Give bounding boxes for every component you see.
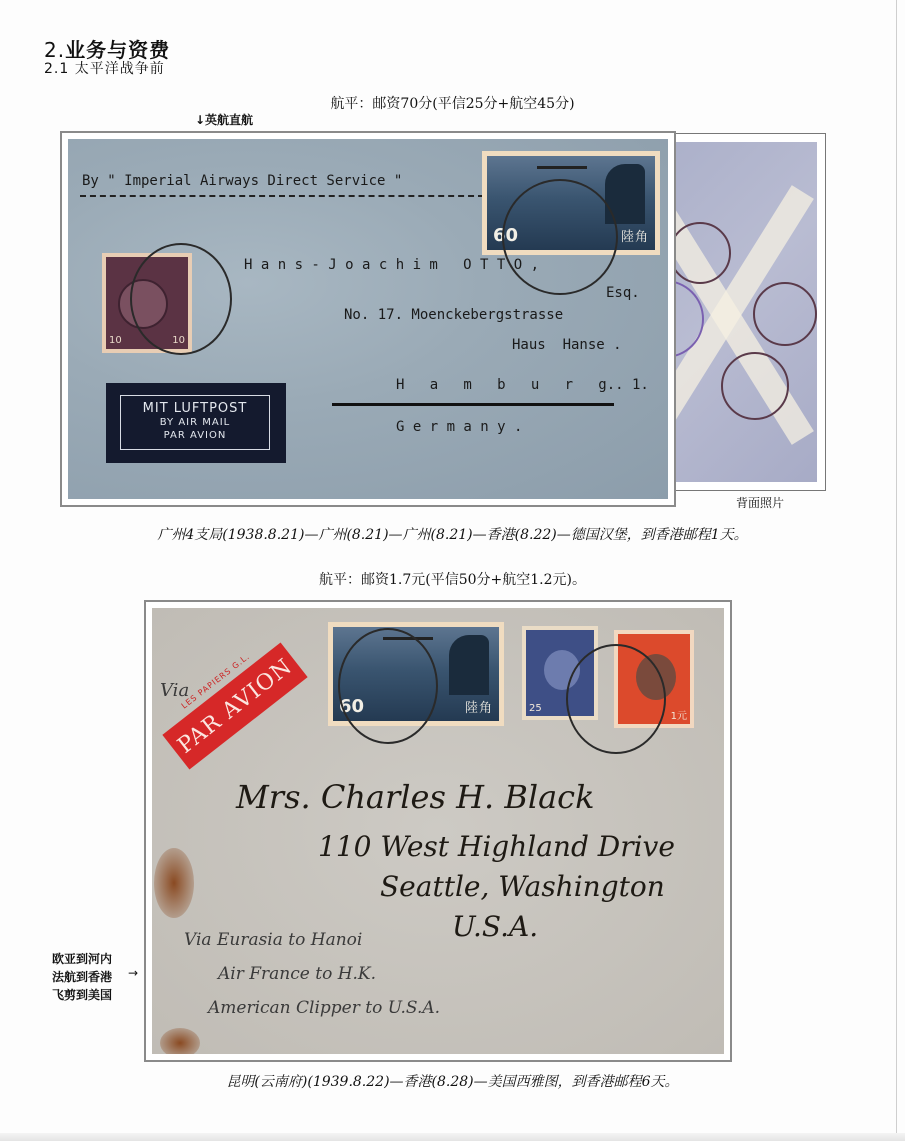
airplane-image [537,166,587,169]
airmail-label-line-3: PAR AVION [121,429,269,442]
cover1-route-note: ↓英航直航 [195,111,253,128]
via-handwritten: Via [160,680,189,701]
address-line-5: H a m b u r g.. 1. [396,377,649,393]
cover2-envelope: LES PAPIERS G.L. PAR AVION Via 60 陸角 25 … [152,608,724,1054]
stamp-value: 10 [109,335,122,346]
stamp-value: 25 [529,703,542,714]
stamp-denomination: 陸角 [621,226,649,245]
stamp-denomination: 陸角 [465,697,493,716]
postmark-canton-front [502,179,618,295]
airmail-label-line-2: BY AIR MAIL [121,416,269,429]
great-wall-image [449,635,489,695]
arrow-right-icon: → [128,966,138,980]
dashed-rule [80,195,484,197]
airmail-label-line-1: MIT LUFTPOST [121,401,269,416]
postmark-canton [753,282,817,346]
address-line-4: Haus Hanse . [512,337,622,353]
cover1-rate-caption: 航平：邮资70分(平信25分+航空45分) [0,93,905,113]
airmail-label: MIT LUFTPOST BY AIR MAIL PAR AVION [106,383,286,463]
cover2-caption: 昆明(云南府)(1939.8.22)—香港(8.28)—美国西雅图，到香港邮程6… [0,1071,905,1091]
cover1-caption: 广州4支局(1938.8.21)—广州(8.21)—广州(8.21)—香港(8.… [0,524,905,544]
routing-line-1: Via Eurasia to Hanoi [184,930,362,950]
address-line-3: Seattle, Washington [380,870,665,903]
address-line-1: Mrs. Charles H. Black [236,778,594,816]
routing-side-note: 欧亚到河内 法航到香港 飞剪到美国 [52,950,112,1004]
address-line-2: 110 West Highland Drive [318,830,675,863]
address-line-2: Esq. [606,285,640,301]
underline-rule [332,403,614,406]
side-note-line-1: 欧亚到河内 [52,950,112,968]
typed-header: By " Imperial Airways Direct Service " [82,173,402,189]
stain [160,1028,200,1054]
cover1-front-frame: By " Imperial Airways Direct Service " 6… [60,131,676,507]
postmark-kunming-2 [566,644,666,754]
address-line-6: G e r m a n y . [396,419,522,435]
routing-line-2: Air France to H.K. [218,964,376,984]
address-line-3: No. 17. Moenckebergstrasse [344,307,563,323]
subsection-title: 2.1 太平洋战争前 [44,58,165,78]
cover1-envelope: By " Imperial Airways Direct Service " 6… [68,139,668,499]
postmark-canton-date [721,352,789,420]
stamp-value: 1元 [671,707,687,722]
page-bottom-edge [0,1133,905,1141]
cover2-rate-caption: 航平：邮资1.7元(平信50分+航空1.2元)。 [0,569,905,589]
postmark-canton-4 [130,243,232,355]
back-photo-label: 背面照片 [736,494,784,511]
side-note-line-3: 飞剪到美国 [52,986,112,1004]
postmark-kunming-1 [338,628,438,744]
cover2-frame: LES PAPIERS G.L. PAR AVION Via 60 陸角 25 … [144,600,732,1062]
side-note-line-2: 法航到香港 [52,968,112,986]
par-avion-label: LES PAPIERS G.L. PAR AVION [162,642,307,769]
address-line-4: U.S.A. [452,910,538,943]
address-line-1: H a n s - J o a c h i m O T T O , [244,257,539,273]
postmark-hong-kong [669,222,731,284]
stain [154,848,194,918]
routing-line-3: American Clipper to U.S.A. [208,998,440,1018]
